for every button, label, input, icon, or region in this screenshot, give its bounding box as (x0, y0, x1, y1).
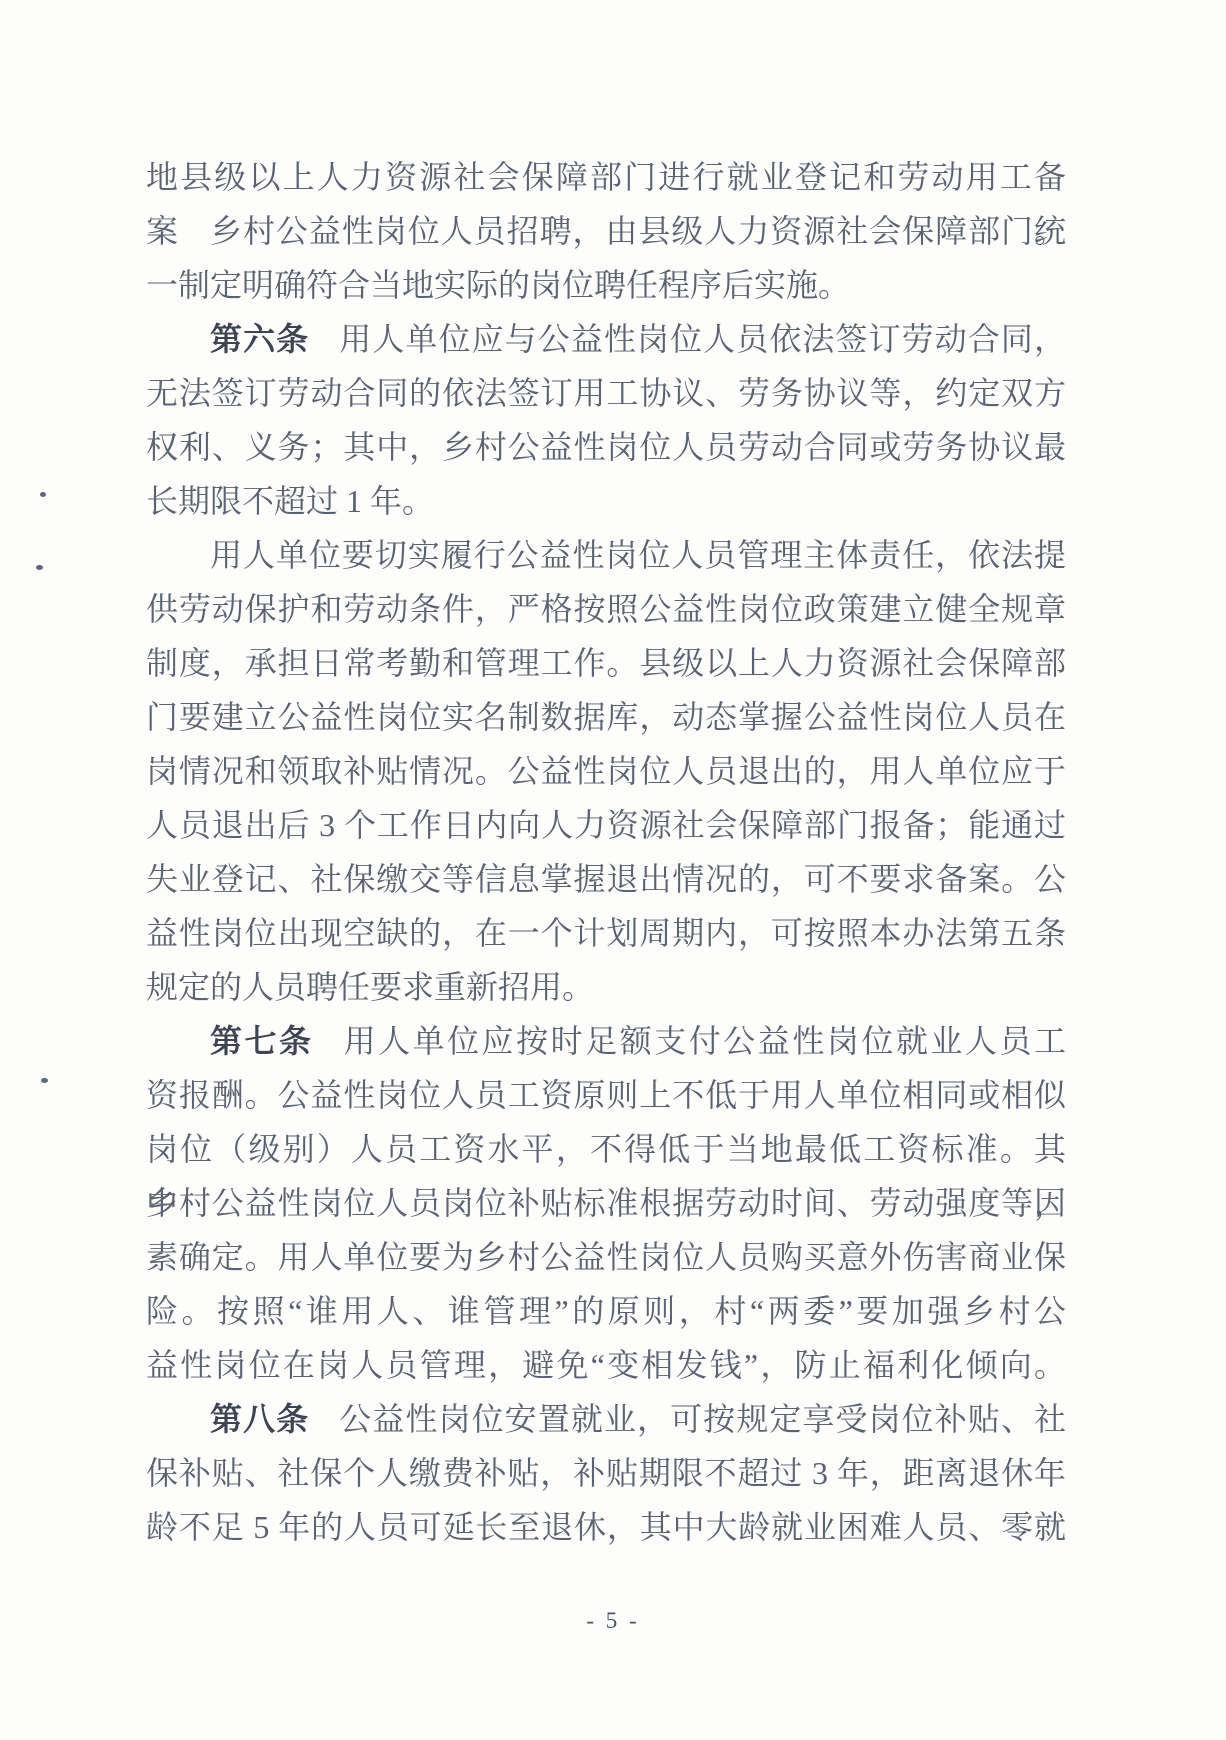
article-term: 第六条 (210, 321, 309, 357)
text-line: 岗情况和领取补贴情况。公益性岗位人员退出的，用人单位应于 (146, 744, 1066, 798)
article-term: 第七条 (210, 1023, 314, 1059)
text-line: 益性岗位出现空缺的，在一个计划周期内，可按照本办法第五条 (146, 906, 1066, 960)
text-line: 险。按照“谁用人、谁管理”的原则，村“两委”要加强乡村公 (146, 1284, 1066, 1338)
text-line: 权利、义务；其中，乡村公益性岗位人员劳动合同或劳务协议最 (146, 420, 1066, 474)
text-line: 规定的人员聘任要求重新招用。 (146, 960, 1066, 1014)
scan-speck (40, 492, 46, 497)
text-line: 乡村公益性岗位人员招聘，由县级人力资源社会保障部门统 (146, 204, 1066, 258)
article-term: 第八条 (210, 1401, 309, 1437)
page-number: - 5 - (0, 1608, 1226, 1634)
text-line: 人员退出后 3 个工作日内向人力资源社会保障部门报备；能通过 (146, 798, 1066, 852)
line-text: 用人单位应按时足额支付公益性岗位就业人员工 (344, 1023, 1066, 1059)
text-line: 乡村公益性岗位人员岗位补贴标准根据劳动时间、劳动强度等因 (146, 1176, 1066, 1230)
text-line: 岗位（级别）人员工资水平，不得低于当地最低工资标准。其中， (146, 1122, 1066, 1176)
text-line: 制度，承担日常考勤和管理工作。县级以上人力资源社会保障部 (146, 636, 1066, 690)
text-line: 第七条用人单位应按时足额支付公益性岗位就业人员工 (146, 1014, 1066, 1068)
text-line: 无法签订劳动合同的依法签订用工协议、劳务协议等，约定双方 (146, 366, 1066, 420)
text-line: 保补贴、社保个人缴费补贴，补贴期限不超过 3 年，距离退休年 (146, 1446, 1066, 1500)
text-line: 第六条用人单位应与公益性岗位人员依法签订劳动合同， (146, 312, 1066, 366)
line-text: 公益性岗位安置就业，可按规定享受岗位补贴、社 (339, 1401, 1066, 1437)
scan-speck (41, 1078, 48, 1083)
text-line: 益性岗位在岗人员管理，避免“变相发钱”，防止福利化倾向。 (146, 1338, 1066, 1392)
text-line: 素确定。用人单位要为乡村公益性岗位人员购买意外伤害商业保 (146, 1230, 1066, 1284)
text-line: 失业登记、社保缴交等信息掌握退出情况的，可不要求备案。公 (146, 852, 1066, 906)
text-line: 地县级以上人力资源社会保障部门进行就业登记和劳动用工备案。 (146, 150, 1066, 204)
text-line: 供劳动保护和劳动条件，严格按照公益性岗位政策建立健全规章 (146, 582, 1066, 636)
text-line: 长期限不超过 1 年。 (146, 474, 1066, 528)
document-page: 地县级以上人力资源社会保障部门进行就业登记和劳动用工备案。乡村公益性岗位人员招聘… (0, 0, 1226, 1740)
text-line: 资报酬。公益性岗位人员工资原则上不低于用人单位相同或相似 (146, 1068, 1066, 1122)
line-text: 用人单位应与公益性岗位人员依法签订劳动合同， (339, 321, 1066, 357)
text-line: 第八条公益性岗位安置就业，可按规定享受岗位补贴、社 (146, 1392, 1066, 1446)
text-line: 龄不足 5 年的人员可延长至退休，其中大龄就业困难人员、零就 (146, 1500, 1066, 1554)
document-text: 地县级以上人力资源社会保障部门进行就业登记和劳动用工备案。乡村公益性岗位人员招聘… (146, 150, 1066, 1554)
text-line: 门要建立公益性岗位实名制数据库，动态掌握公益性岗位人员在 (146, 690, 1066, 744)
scan-speck (36, 565, 43, 570)
text-line: 用人单位要切实履行公益性岗位人员管理主体责任，依法提 (146, 528, 1066, 582)
text-line: 一制定明确符合当地实际的岗位聘任程序后实施。 (146, 258, 1066, 312)
